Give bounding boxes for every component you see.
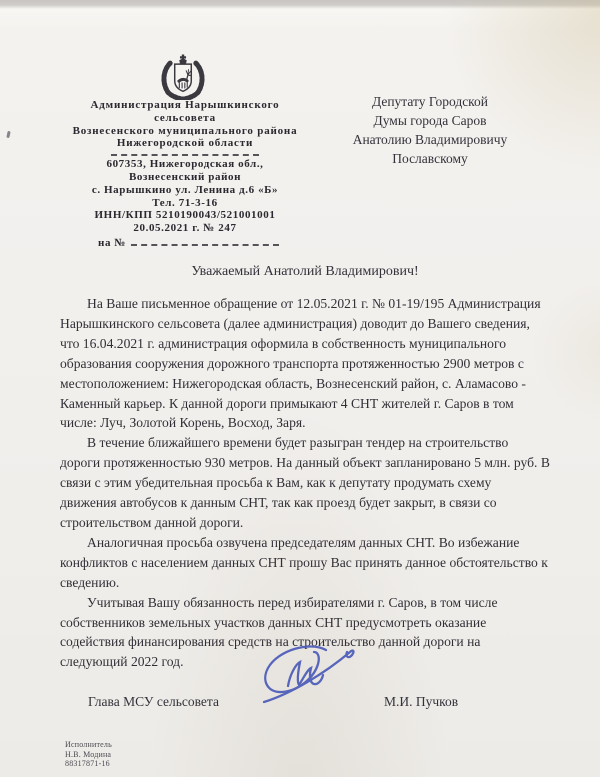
addressee-line1: Депутату Городской [322, 92, 538, 111]
addressee-line3: Анатолию Владимировичу [322, 130, 538, 149]
coat-of-arms-icon [153, 54, 213, 105]
org-inn-kpp: ИНН/КПП 5210190043/521001001 [38, 209, 332, 222]
scanned-letter-page: Администрация Нарышкинского сельсовета В… [0, 0, 600, 777]
org-name-line2: сельсовета [38, 112, 332, 125]
reference-number-label: на № [98, 237, 126, 249]
letter-body: На Ваше письменное обращение от 12.05.20… [60, 294, 551, 672]
body-paragraph-1: На Ваше письменное обращение от 12.05.20… [60, 294, 551, 433]
reference-number-line: на № [38, 236, 332, 250]
executor-label: Исполнитель [65, 740, 112, 750]
body-paragraph-3: Аналогичная просьба озвучена председател… [60, 533, 551, 593]
body-paragraph-2: В течение ближайшего времени будет разыг… [60, 433, 551, 533]
executor-phone: 88317871-16 [65, 759, 112, 769]
reference-number-blank [131, 236, 279, 246]
signer-position-title: Глава МСУ сельсовета [88, 694, 219, 710]
letterhead: Администрация Нарышкинского сельсовета В… [38, 99, 332, 250]
addressee-line4: Пославскому [322, 149, 538, 168]
letter-date-number: 20.05.2021 г. № 247 [38, 222, 332, 235]
addressee-line2: Думы города Саров [322, 111, 538, 130]
org-name-line4: Нижегородской области [38, 137, 332, 150]
executor-name: Н.В. Модина [65, 750, 112, 760]
org-phone: Тел. 71-3-16 [38, 197, 332, 210]
org-postal-address: 607353, Нижегородская обл., [38, 158, 332, 171]
org-district: Вознесенский район [38, 171, 332, 184]
org-name-line1: Администрация Нарышкинского [38, 99, 332, 112]
letterhead-divider [111, 154, 259, 156]
handwritten-signature-icon [252, 640, 364, 719]
executor-block: Исполнитель Н.В. Модина 88317871-16 [65, 740, 112, 769]
addressee-block: Депутату Городской Думы города Саров Ана… [322, 92, 538, 168]
salutation: Уважаемый Анатолий Владимирович! [60, 264, 550, 280]
scan-artifact [6, 131, 10, 138]
org-street-address: с. Нарышкино ул. Ленина д.6 «Б» [38, 184, 332, 197]
signer-name: М.И. Пучков [384, 694, 458, 710]
org-name-line3: Вознесенского муниципального района [38, 125, 332, 138]
